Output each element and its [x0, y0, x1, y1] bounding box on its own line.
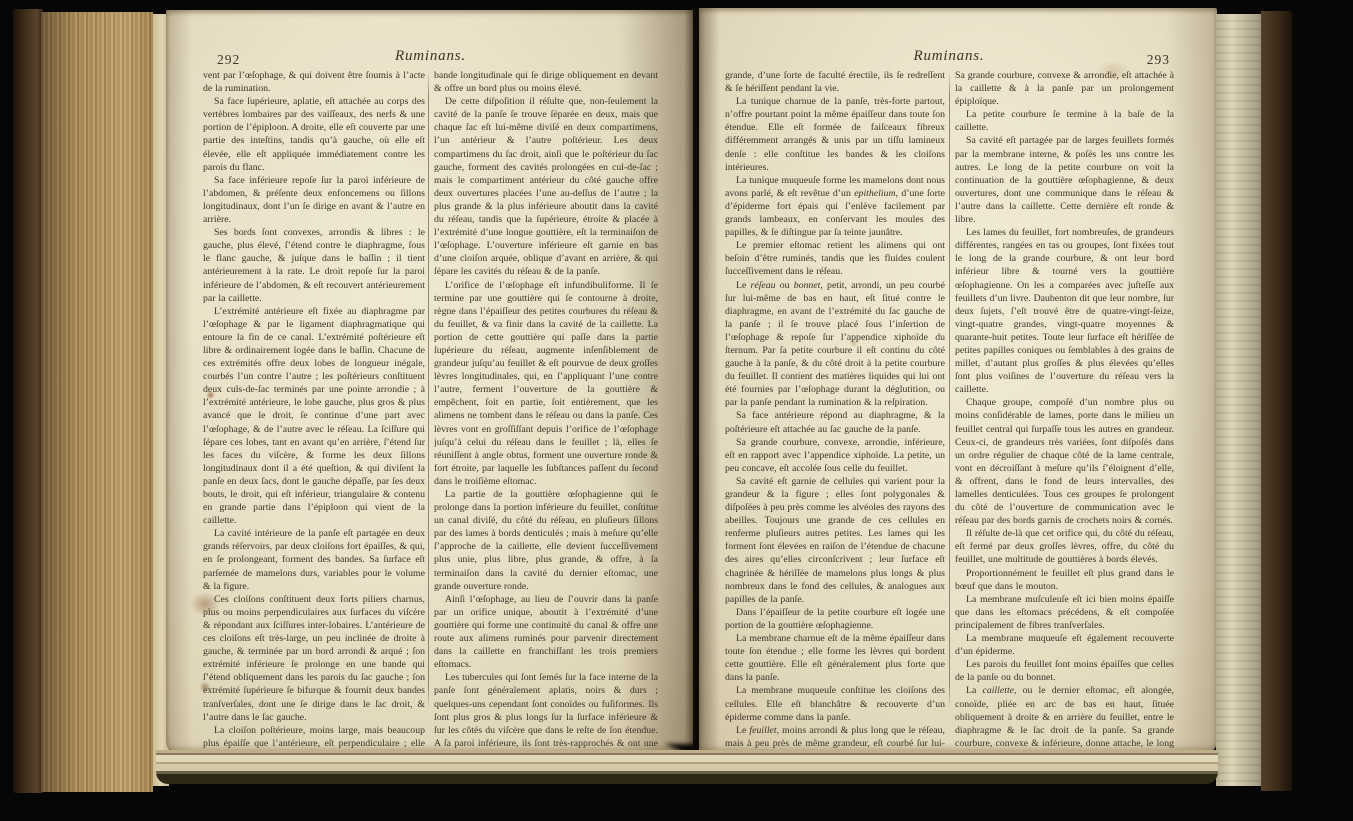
- paragraph: Sa grande courbure, convexe & arrondie, …: [955, 69, 1174, 108]
- page-left: 292 Ruminans. vent par l’œſophage, & qui…: [166, 10, 693, 752]
- paragraph: Les lames du feuillet, fort nombreuſes, …: [955, 226, 1174, 396]
- running-head-left: Ruminans.: [203, 48, 658, 65]
- page-edges-left: [41, 12, 153, 792]
- paragraph: bande longitudinale qui ſe dirige obliqu…: [434, 69, 658, 95]
- paragraph: La membrane muſculeuſe eſt ici bien moin…: [955, 593, 1174, 632]
- paragraph: Le réſeau ou bonnet, petit, arrondi, un …: [725, 279, 945, 410]
- paragraph: Sa grande courbure, convexe, arrondie, i…: [725, 436, 945, 475]
- column-rule: [949, 70, 950, 710]
- paragraph: Dans l’épaiſſeur de la petite courbure e…: [725, 606, 945, 632]
- paragraph: Sa face antérieure répond au diaphragme,…: [725, 409, 945, 435]
- paragraph: Ses bords ſont convexes, arrondis & libr…: [203, 226, 425, 305]
- paragraph: Sa face ſupérieure, aplatie, eſt attaché…: [203, 95, 425, 174]
- page-right: Ruminans. 293 grande, d’une ſorte de fac…: [699, 8, 1217, 752]
- paragraph: Sa cavité eſt garnie de cellules qui var…: [725, 475, 945, 606]
- paragraph: Le feuillet, moins arrondi & plus long q…: [725, 724, 945, 752]
- book-cover-right: [1261, 11, 1292, 791]
- paragraph: La tunique charnue de la panſe, très-for…: [725, 95, 945, 174]
- paragraph: Ces cloiſons conſtituent deux forts pili…: [203, 593, 425, 724]
- open-book: 292 Ruminans. vent par l’œſophage, & qui…: [0, 0, 1353, 821]
- text-column-2: bande longitudinale qui ſe dirige obliqu…: [434, 69, 658, 752]
- running-head-right: Ruminans.: [725, 48, 1173, 65]
- paragraph: La membrane muqueuſe eſt également recou…: [955, 632, 1174, 658]
- paragraph: Les tubercules qui ſont ſemés ſur la fac…: [434, 671, 658, 752]
- paragraph: L’orifice de l’œſophage eſt infundibulif…: [434, 279, 658, 489]
- text-column-3: grande, d’une ſorte de faculté érectile,…: [725, 69, 945, 752]
- column-rule: [428, 70, 429, 710]
- paragraph: La petite courbure ſe termine à la baſe …: [955, 108, 1174, 134]
- paragraph: Proportionnément le feuillet eſt plus gr…: [955, 567, 1174, 593]
- paragraph: La partie de la gouttière œſophagienne q…: [434, 488, 658, 593]
- paragraph: Sa face inférieure repoſe ſur la paroi i…: [203, 174, 425, 226]
- book-cover-left: [13, 9, 43, 793]
- paragraph: La cloiſon poſtérieure, moins large, mai…: [203, 724, 425, 752]
- page-edges-right: [1216, 14, 1261, 786]
- paragraph: grande, d’une ſorte de faculté érectile,…: [725, 69, 945, 95]
- paragraph: vent par l’œſophage, & qui doivent être …: [203, 69, 425, 95]
- text-column-4: Sa grande courbure, convexe & arrondie, …: [955, 69, 1174, 752]
- paragraph: Sa cavité eſt partagée par de larges feu…: [955, 134, 1174, 226]
- paragraph: La tunique muqueuſe forme les mamelons d…: [725, 174, 945, 239]
- paragraph: Il réſulte de-là que cet orifice qui, du…: [955, 527, 1174, 566]
- paragraph: Ainſi l’œſophage, au lieu de ſ’ouvrir da…: [434, 593, 658, 672]
- paragraph: Le premier eſtomac retient les alimens q…: [725, 239, 945, 278]
- photo-background: 292 Ruminans. vent par l’œſophage, & qui…: [0, 0, 1353, 821]
- text-column-1: vent par l’œſophage, & qui doivent être …: [203, 69, 425, 752]
- paragraph: La membrane charnue eſt de la même épaiſ…: [725, 632, 945, 684]
- paragraph: Chaque groupe, compoſé d’un nombre plus …: [955, 396, 1174, 527]
- paragraph: La cavité intérieure de la panſe eſt par…: [203, 527, 425, 592]
- paragraph: Les parois du feuillet ſont moins épaiſſ…: [955, 658, 1174, 684]
- paragraph: La caillette, ou le dernier eſtomac, eſt…: [955, 684, 1174, 752]
- page-number-right: 293: [1147, 52, 1170, 68]
- paragraph: L’extrémité antérieure eſt fixée au diap…: [203, 305, 425, 528]
- paragraph: De cette diſpoſition il réſulte que, non…: [434, 95, 658, 278]
- paragraph: La membrane muqueuſe conſtitue les cloiſ…: [725, 684, 945, 723]
- page-edges-bottom: [156, 750, 1218, 784]
